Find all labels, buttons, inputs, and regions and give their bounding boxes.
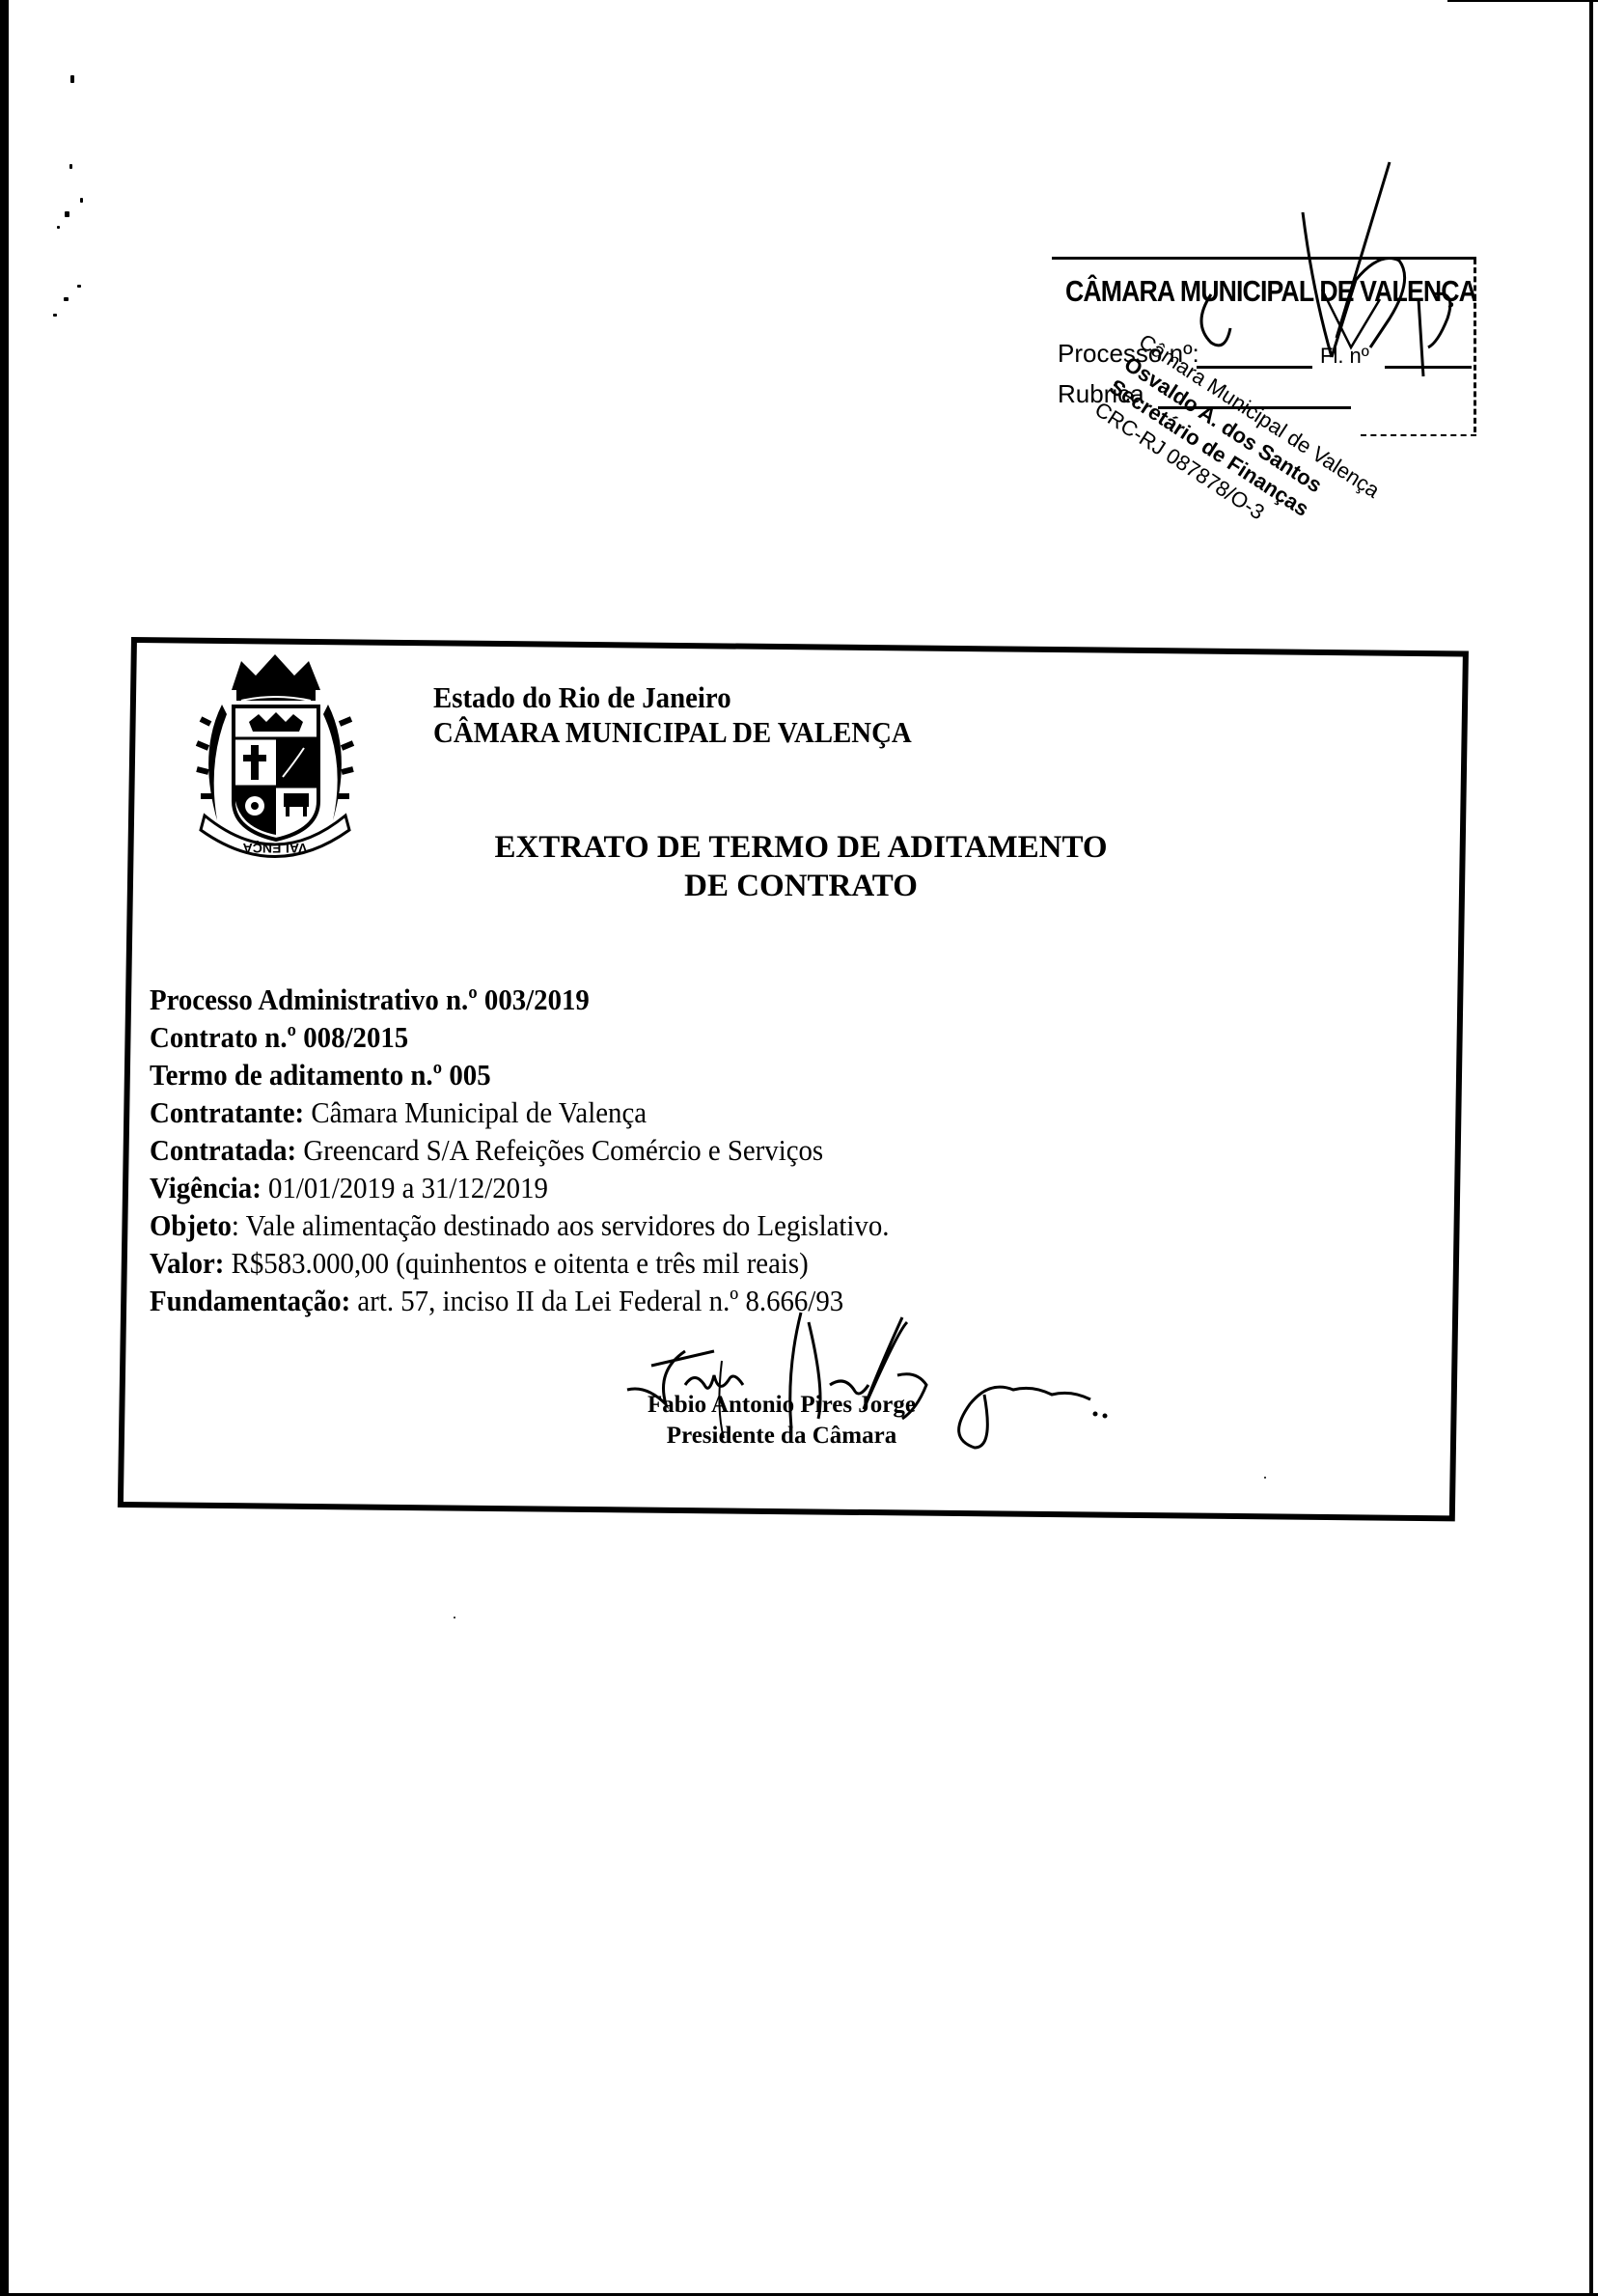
detail-label: Termo de aditamento n.º 005 [150, 1058, 491, 1092]
stamp-fl-line [1385, 366, 1472, 369]
detail-label: Vigência: [150, 1171, 262, 1204]
detail-row: Termo de aditamento n.º 005 [150, 1056, 889, 1093]
letterhead: Estado do Rio de Janeiro CÂMARA MUNICIPA… [433, 680, 948, 750]
signature-block: Fabio Antonio Pires Jorge Presidente da … [618, 1390, 946, 1452]
detail-value: R$583.000,00 (quinhentos e oitenta e trê… [224, 1246, 808, 1280]
document-title-line-2: DE CONTRATO [463, 867, 1139, 905]
detail-label: Valor: [150, 1246, 224, 1280]
detail-row: Contrato n.º 008/2015 [150, 1018, 889, 1056]
detail-label: Objeto [150, 1208, 232, 1242]
scan-speck [69, 164, 72, 169]
signatory-name: Fabio Antonio Pires Jorge [618, 1390, 946, 1421]
detail-value: Câmara Municipal de Valença [304, 1095, 647, 1129]
detail-value: : Vale alimentação destinado aos servido… [232, 1208, 890, 1242]
stamp-fl-label: Fl. nº [1320, 344, 1369, 369]
stamp-border-bottom [1361, 432, 1476, 436]
signatory-role: Presidente da Câmara [618, 1421, 946, 1452]
scan-speck [64, 297, 69, 301]
detail-row: Processo Administrativo n.º 003/2019 [150, 981, 889, 1018]
scan-edge-right [1589, 0, 1593, 2296]
letterhead-state: Estado do Rio de Janeiro [433, 680, 912, 715]
contract-details: Processo Administrativo n.º 003/2019Cont… [150, 981, 945, 1319]
detail-row: Objeto: Vale alimentação destinado aos s… [150, 1206, 889, 1244]
scan-speck [70, 75, 74, 83]
detail-row: Valor: R$583.000,00 (quinhentos e oitent… [150, 1244, 889, 1282]
letterhead-institution: CÂMARA MUNICIPAL DE VALENÇA [433, 715, 912, 750]
detail-label: Contrato n.º 008/2015 [150, 1020, 408, 1054]
stamp-border-top [1052, 257, 1476, 260]
svg-text:VALENÇA: VALENÇA [243, 841, 308, 856]
detail-label: Processo Administrativo n.º 003/2019 [150, 982, 590, 1016]
detail-label: Contratada: [150, 1133, 296, 1167]
detail-row: Contratada: Greencard S/A Refeições Comé… [150, 1131, 889, 1169]
document-title: EXTRATO DE TERMO DE ADITAMENTO DE CONTRA… [463, 828, 1139, 905]
detail-value: Greencard S/A Refeições Comércio e Servi… [296, 1133, 823, 1167]
detail-row: Fundamentação: art. 57, inciso II da Lei… [150, 1282, 889, 1319]
scan-speck [53, 314, 57, 317]
scan-edge-top [1447, 0, 1598, 2]
detail-value: 01/01/2019 a 31/12/2019 [262, 1171, 548, 1204]
detail-row: Contratante: Câmara Municipal de Valença [150, 1093, 889, 1131]
stamp-processo-line [1197, 366, 1312, 369]
scan-speck [65, 211, 69, 217]
scan-speck [57, 226, 60, 229]
detail-label: Contratante: [150, 1095, 304, 1129]
detail-label: Fundamentação: [150, 1284, 350, 1317]
scan-speck [454, 1617, 455, 1618]
municipal-coat-of-arms-icon: VALENÇA [183, 647, 367, 864]
scan-speck [80, 198, 83, 203]
detail-row: Vigência: 01/01/2019 a 31/12/2019 [150, 1169, 889, 1206]
scan-edge-left [0, 0, 9, 2296]
detail-value: art. 57, inciso II da Lei Federal n.º 8.… [350, 1284, 843, 1317]
scan-speck [77, 285, 81, 288]
stamp-title: CÂMARA MUNICIPAL DE VALENÇA [1065, 274, 1476, 309]
document-title-line-1: EXTRATO DE TERMO DE ADITAMENTO [463, 828, 1139, 867]
